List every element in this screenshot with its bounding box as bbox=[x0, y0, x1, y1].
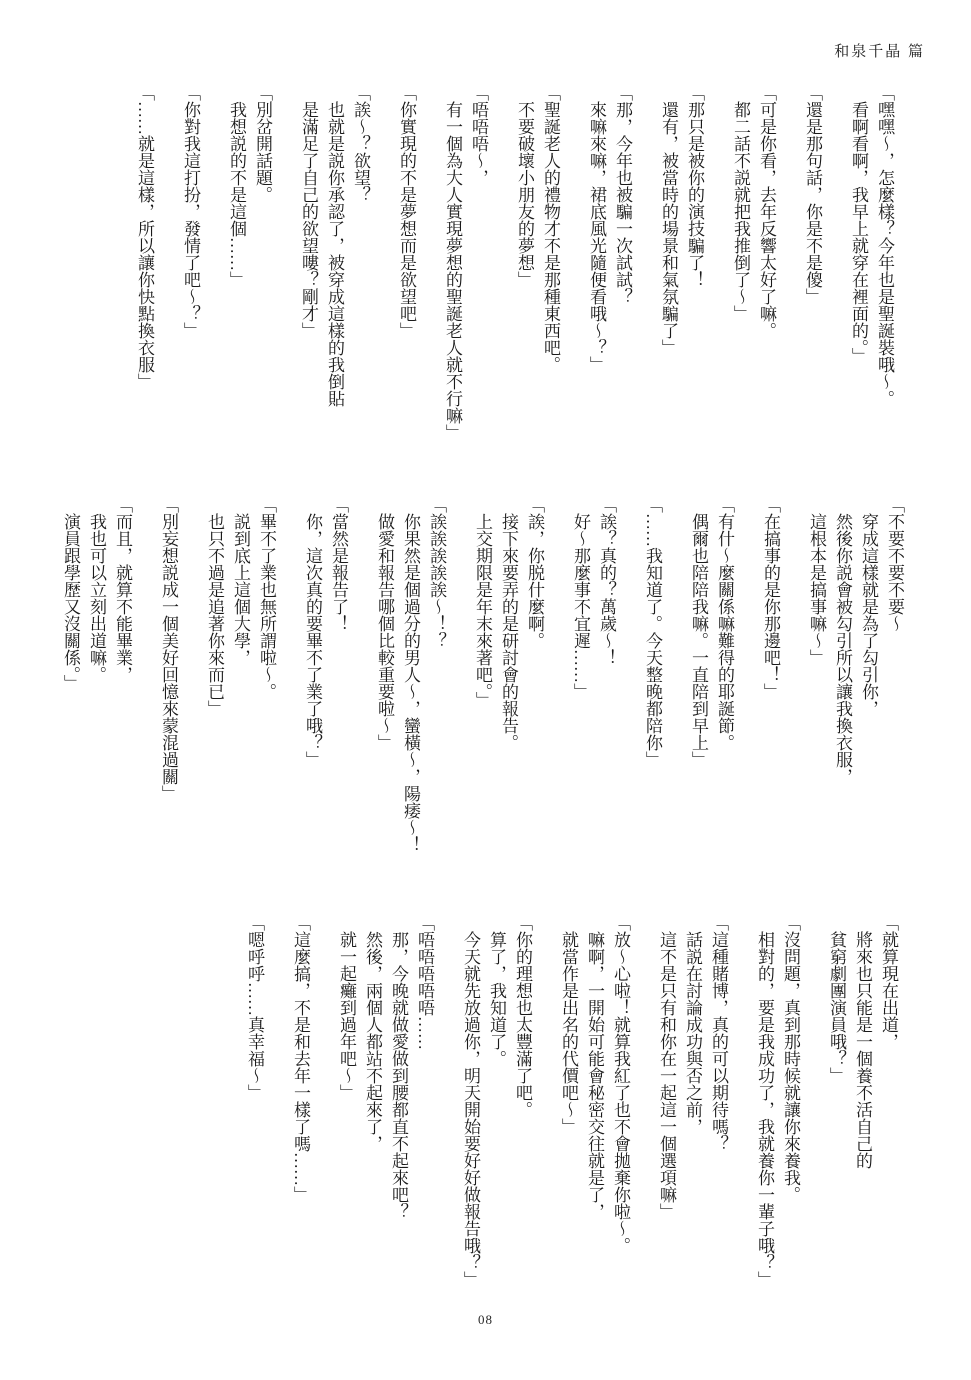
dialogue-block: 「別岔開話題。我想説的不是這個……」 bbox=[223, 84, 275, 464]
dialogue-line: 就一起癱到過年吧～」 bbox=[333, 914, 359, 1344]
dialogue-block: 「這麼搞，不是和去年一樣了嗎……」 bbox=[287, 914, 313, 1344]
dialogue-block: 「你實現的不是夢想而是欲望吧」 bbox=[393, 84, 419, 464]
dialogue-line: 你，這次真的要畢不了業了哦？」 bbox=[299, 496, 325, 926]
dialogue-line: 接下來要弄的是研討會的報告。 bbox=[495, 496, 521, 926]
dialogue-line: 「你實現的不是夢想而是欲望吧」 bbox=[393, 84, 419, 464]
dialogue-line: 有一個為大人實現夢想的聖誕老人就不行嘛」 bbox=[439, 84, 465, 464]
dialogue-line: 然後你説會被勾引所以讓我換衣服， bbox=[829, 496, 855, 926]
dialogue-block: 「那只是被你的演技騙了！還有，被當時的場景和氣氛騙了」 bbox=[655, 84, 707, 464]
dialogue-block: 「畢不了業也無所謂啦～。説到底上這個大學，也只不過是追著你來而已」 bbox=[201, 496, 279, 926]
dialogue-block: 「誒～？欲望？也就是説你承認了，被穿成這樣的我倒貼是滿足了自己的欲望嘍？剛才」 bbox=[295, 84, 373, 464]
dialogue-section-bottom: 「就算現在出道，將來也只能是一個養不活自己的貧窮劇團演員哦？」「沒問題，真到那時… bbox=[241, 914, 901, 1344]
dialogue-block: 「誒？真的？萬歲～！好～那麼事不宜遲……」 bbox=[567, 496, 619, 926]
dialogue-line: 「那，今年也被騙一次試試？ bbox=[609, 84, 635, 464]
dialogue-line: 「……我知道了。今天整晚都陪你」 bbox=[639, 496, 665, 926]
dialogue-line: 「唔唔唔～， bbox=[465, 84, 491, 464]
dialogue-line: 「這麼搞，不是和去年一樣了嗎……」 bbox=[287, 914, 313, 1344]
dialogue-block: 「沒問題，真到那時候就讓你來養我。相對的，要是我成功了，我就養你一輩子哦？」 bbox=[751, 914, 803, 1344]
dialogue-line: 還有，被當時的場景和氣氛騙了」 bbox=[655, 84, 681, 464]
dialogue-line: 看啊看啊，我早上就穿在裡面的。」 bbox=[845, 84, 871, 464]
dialogue-line: 「當然是報告了！ bbox=[325, 496, 351, 926]
dialogue-line: 偶爾也陪陪我嘛。一直陪到早上」 bbox=[685, 496, 711, 926]
page: 和泉千晶 篇 「嘿嘿～，怎麼樣？今年也是聖誕裝哦～。看啊看啊，我早上就穿在裡面的… bbox=[0, 0, 971, 1380]
dialogue-block: 「那，今年也被騙一次試試？來嘛來嘛，裙底風光隨便看哦～？」 bbox=[583, 84, 635, 464]
dialogue-block: 「放～心啦！就算我紅了也不會拋棄你啦～。嘛啊，一開始可能會秘密交往就是了，就當作… bbox=[555, 914, 633, 1344]
dialogue-line: 「你的理想也太豐滿了吧。 bbox=[509, 914, 535, 1344]
page-header: 和泉千晶 篇 bbox=[834, 40, 925, 61]
dialogue-block: 「而且，就算不能畢業，我也可以立刻出道嘛。演員跟學歷又沒關係。」 bbox=[57, 496, 135, 926]
dialogue-block: 「這種賭博，真的可以期待嗎？話説在討論成功與否之前，這不是只有和你在一起這一個選… bbox=[653, 914, 731, 1344]
dialogue-line: 「有什～麼關係嘛難得的耶誕節。 bbox=[711, 496, 737, 926]
page-number: 08 bbox=[0, 1312, 971, 1328]
dialogue-block: 「嗯呼呼……真幸福～」 bbox=[241, 914, 267, 1344]
dialogue-line: 算了，我知道了。 bbox=[483, 914, 509, 1344]
dialogue-line: 「誒～？欲望？ bbox=[347, 84, 373, 464]
dialogue-line: 話説在討論成功與否之前， bbox=[679, 914, 705, 1344]
dialogue-block: 「別妄想説成一個美好回憶來蒙混過關」 bbox=[155, 496, 181, 926]
dialogue-line: 你果然是個過分的男人～，蠻橫～，陽痿～！ bbox=[397, 496, 423, 926]
dialogue-line: 「放～心啦！就算我紅了也不會拋棄你啦～。 bbox=[607, 914, 633, 1344]
dialogue-line: 不要破壞小朋友的夢想」 bbox=[511, 84, 537, 464]
dialogue-line: 「……就是這樣，所以讓你快點換衣服」 bbox=[131, 84, 157, 464]
dialogue-line: 「嗯呼呼……真幸福～」 bbox=[241, 914, 267, 1344]
dialogue-line: 「不要不要不要～ bbox=[881, 496, 907, 926]
dialogue-line: 來嘛來嘛，裙底風光隨便看哦～？」 bbox=[583, 84, 609, 464]
dialogue-line: 我想説的不是這個……」 bbox=[223, 84, 249, 464]
dialogue-line: 「誒，你脱什麼啊。 bbox=[521, 496, 547, 926]
dialogue-line: 説到底上這個大學， bbox=[227, 496, 253, 926]
dialogue-section-middle: 「不要不要不要～穿成這樣就是為了勾引你，然後你説會被勾引所以讓我換衣服，這根本是… bbox=[57, 496, 907, 926]
dialogue-line: 「別岔開話題。 bbox=[249, 84, 275, 464]
dialogue-block: 「唔唔唔～，有一個為大人實現夢想的聖誕老人就不行嘛」 bbox=[439, 84, 491, 464]
dialogue-line: 「在搞事的是你那邊吧！」 bbox=[757, 496, 783, 926]
dialogue-block: 「……我知道了。今天整晚都陪你」 bbox=[639, 496, 665, 926]
dialogue-line: 「就算現在出道， bbox=[875, 914, 901, 1344]
dialogue-line: 那，今晚就做愛做到腰都直不起來吧？ bbox=[385, 914, 411, 1344]
dialogue-block: 「聖誕老人的禮物才不是那種東西吧。不要破壞小朋友的夢想」 bbox=[511, 84, 563, 464]
dialogue-line: 「還是那句話，你是不是傻」 bbox=[799, 84, 825, 464]
dialogue-line: 「別妄想説成一個美好回憶來蒙混過關」 bbox=[155, 496, 181, 926]
dialogue-line: 今天就先放過你，明天開始要好好做報告哦？」 bbox=[457, 914, 483, 1344]
dialogue-block: 「當然是報告了！你，這次真的要畢不了業了哦？」 bbox=[299, 496, 351, 926]
dialogue-block: 「誒，你脱什麼啊。接下來要弄的是研討會的報告。上交期限是年末來著吧。」 bbox=[469, 496, 547, 926]
dialogue-block: 「嘿嘿～，怎麼樣？今年也是聖誕裝哦～。看啊看啊，我早上就穿在裡面的。」 bbox=[845, 84, 897, 464]
dialogue-line: 「誒誒誒誒誒～！？ bbox=[423, 496, 449, 926]
dialogue-block: 「你對我這打扮，發情了吧～？」 bbox=[177, 84, 203, 464]
dialogue-line: 穿成這樣就是為了勾引你， bbox=[855, 496, 881, 926]
dialogue-line: 「可是你看，去年反響太好了嘛。 bbox=[753, 84, 779, 464]
dialogue-block: 「在搞事的是你那邊吧！」 bbox=[757, 496, 783, 926]
dialogue-block: 「你的理想也太豐滿了吧。算了，我知道了。今天就先放過你，明天開始要好好做報告哦？… bbox=[457, 914, 535, 1344]
dialogue-line: 「這種賭博，真的可以期待嗎？ bbox=[705, 914, 731, 1344]
dialogue-line: 我也可以立刻出道嘛。 bbox=[83, 496, 109, 926]
dialogue-line: 嘛啊，一開始可能會秘密交往就是了， bbox=[581, 914, 607, 1344]
dialogue-block: 「可是你看，去年反響太好了嘛。都二話不説就把我推倒了～」 bbox=[727, 84, 779, 464]
dialogue-line: 貧窮劇團演員哦？」 bbox=[823, 914, 849, 1344]
dialogue-line: 「而且，就算不能畢業， bbox=[109, 496, 135, 926]
dialogue-line: 就當作是出名的代價吧～」 bbox=[555, 914, 581, 1344]
dialogue-line: 做愛和報告哪個比較重要啦～」 bbox=[371, 496, 397, 926]
dialogue-line: 相對的，要是我成功了，我就養你一輩子哦？」 bbox=[751, 914, 777, 1344]
dialogue-line: 演員跟學歷又沒關係。」 bbox=[57, 496, 83, 926]
dialogue-line: 「那只是被你的演技騙了！ bbox=[681, 84, 707, 464]
dialogue-line: 也就是説你承認了，被穿成這樣的我倒貼 bbox=[321, 84, 347, 464]
dialogue-block: 「誒誒誒誒誒～！？你果然是個過分的男人～，蠻橫～，陽痿～！做愛和報告哪個比較重要… bbox=[371, 496, 449, 926]
dialogue-line: 「聖誕老人的禮物才不是那種東西吧。 bbox=[537, 84, 563, 464]
dialogue-line: 這不是只有和你在一起這一個選項嘛」 bbox=[653, 914, 679, 1344]
dialogue-block: 「……就是這樣，所以讓你快點換衣服」 bbox=[131, 84, 157, 464]
dialogue-line: 「誒？真的？萬歲～！ bbox=[593, 496, 619, 926]
dialogue-block: 「有什～麼關係嘛難得的耶誕節。偶爾也陪陪我嘛。一直陪到早上」 bbox=[685, 496, 737, 926]
dialogue-block: 「還是那句話，你是不是傻」 bbox=[799, 84, 825, 464]
dialogue-line: 也只不過是追著你來而已」 bbox=[201, 496, 227, 926]
dialogue-block: 「不要不要不要～穿成這樣就是為了勾引你，然後你説會被勾引所以讓我換衣服，這根本是… bbox=[803, 496, 907, 926]
dialogue-block: 「唔唔唔唔唔……那，今晚就做愛做到腰都直不起來吧？然後，兩個人都站不起來了，就一… bbox=[333, 914, 437, 1344]
dialogue-line: 「畢不了業也無所謂啦～。 bbox=[253, 496, 279, 926]
dialogue-line: 「你對我這打扮，發情了吧～？」 bbox=[177, 84, 203, 464]
dialogue-line: 都二話不説就把我推倒了～」 bbox=[727, 84, 753, 464]
dialogue-section-top: 「嘿嘿～，怎麼樣？今年也是聖誕裝哦～。看啊看啊，我早上就穿在裡面的。」「還是那句… bbox=[131, 84, 897, 464]
dialogue-line: 這根本是搞事嘛～」 bbox=[803, 496, 829, 926]
dialogue-line: 「沒問題，真到那時候就讓你來養我。 bbox=[777, 914, 803, 1344]
dialogue-line: 將來也只能是一個養不活自己的 bbox=[849, 914, 875, 1344]
dialogue-block: 「就算現在出道，將來也只能是一個養不活自己的貧窮劇團演員哦？」 bbox=[823, 914, 901, 1344]
dialogue-line: 是滿足了自己的欲望嘍？剛才」 bbox=[295, 84, 321, 464]
dialogue-line: 好～那麼事不宜遲……」 bbox=[567, 496, 593, 926]
dialogue-line: 上交期限是年末來著吧。」 bbox=[469, 496, 495, 926]
dialogue-line: 然後，兩個人都站不起來了， bbox=[359, 914, 385, 1344]
dialogue-line: 「嘿嘿～，怎麼樣？今年也是聖誕裝哦～。 bbox=[871, 84, 897, 464]
dialogue-line: 「唔唔唔唔唔…… bbox=[411, 914, 437, 1344]
